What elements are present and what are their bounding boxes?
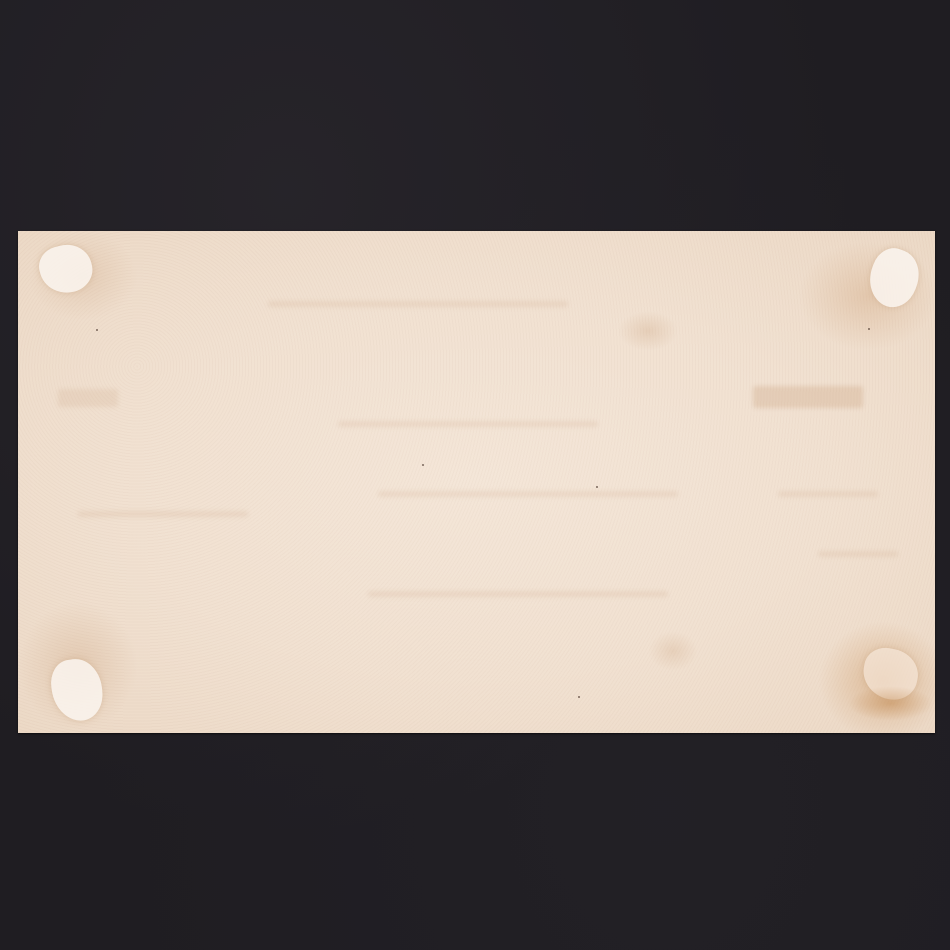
- show-through-block: [753, 386, 863, 408]
- paper-speck: [578, 696, 580, 698]
- foxing-stain: [648, 631, 698, 671]
- show-through-line: [78, 511, 248, 517]
- show-through-line: [778, 491, 878, 497]
- paper-speck: [596, 486, 598, 488]
- paper-speck: [422, 464, 424, 466]
- show-through-line: [268, 301, 568, 307]
- foxing-stain: [618, 311, 678, 351]
- paper-speck: [868, 328, 870, 330]
- paper-note-reverse: [18, 231, 935, 733]
- hinge-glue-stain: [848, 686, 933, 721]
- show-through-block: [58, 389, 118, 407]
- show-through-line: [368, 591, 668, 597]
- show-through-line: [338, 421, 598, 427]
- foxing-stain: [798, 241, 935, 351]
- show-through-line: [378, 491, 678, 497]
- paper-speck: [96, 329, 98, 331]
- show-through-line: [818, 551, 898, 557]
